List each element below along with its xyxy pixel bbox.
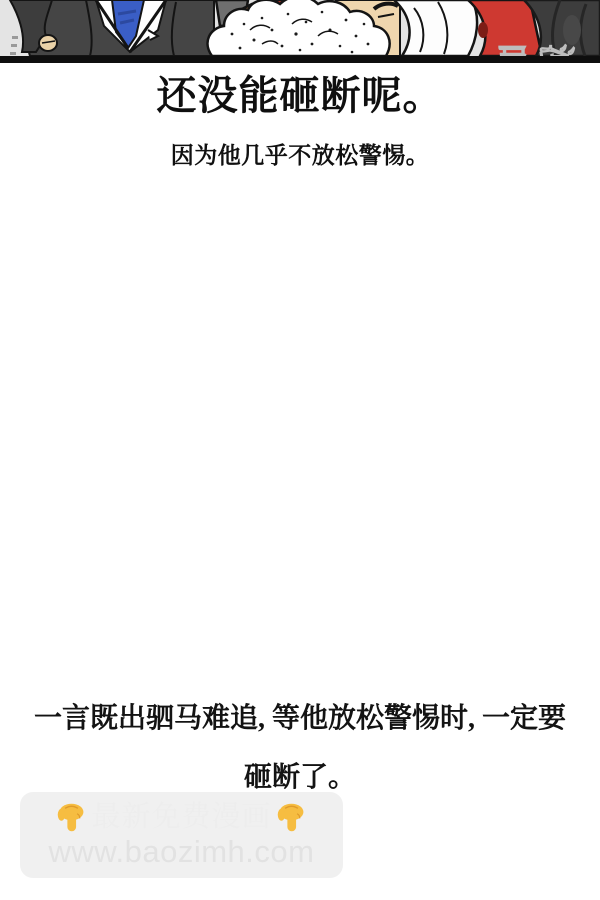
closing-caption-line1: 一言既出驷马难追, 等他放松警惕时, 一定要 xyxy=(0,703,600,735)
caption-subtitle: 因为他几乎不放松警惕。 xyxy=(0,142,600,170)
closing-caption: 一言既出驷马难追, 等他放松警惕时, 一定要 砸断了。 xyxy=(0,703,600,794)
left-suit-character xyxy=(10,0,214,56)
comic-reader-page: 咚漫 还没能砸断呢。 因为他几乎不放松警惕。 一言既出驷马难追, 等他放松警惕时… xyxy=(0,0,600,900)
site-watermark-banner: 最新免费漫画 www.baozimh.com xyxy=(20,792,343,878)
pointing-down-finger-icon xyxy=(55,801,88,834)
comic-strip-art: 咚漫 xyxy=(0,0,600,63)
caption-title: 还没能砸断呢。 xyxy=(0,72,600,120)
panel-bottom-border xyxy=(0,56,600,63)
closing-caption-line2: 砸断了。 xyxy=(0,762,600,794)
watermark-promo-row: 最新免费漫画 xyxy=(55,801,307,834)
comic-strip-panel: 咚漫 xyxy=(0,0,600,63)
pointing-down-finger-icon xyxy=(275,801,308,834)
watermark-site-url: www.baozimh.com xyxy=(49,835,315,869)
watermark-promo-label: 最新免费漫画 xyxy=(91,802,271,834)
